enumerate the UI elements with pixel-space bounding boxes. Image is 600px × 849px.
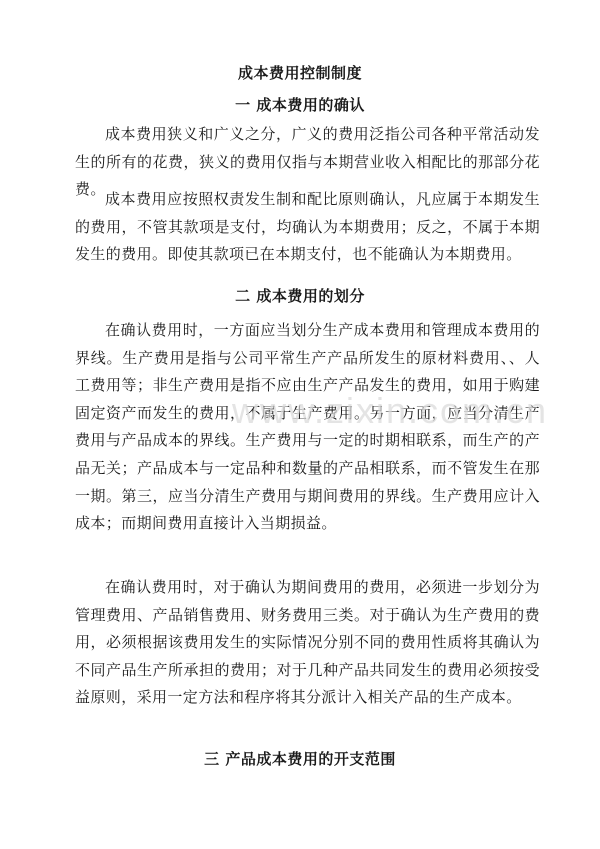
paragraph-1-2: 成本费用应按照权责发生制和配比原则确认，凡应属于本期发生的费用，不管其款项是支付… [75, 186, 540, 269]
section-heading-1: 一 成本费用的确认 [0, 94, 600, 115]
paragraph-2-2: 在确认费用时，对于确认为期间费用的费用，必须进一步划分为管理费用、产品销售费用、… [75, 574, 540, 712]
section-heading-3: 三 产品成本费用的开支范围 [0, 748, 600, 769]
document-title: 成本费用控制制度 [0, 62, 600, 83]
paragraph-2-1: 在确认费用时，一方面应当划分生产成本费用和管理成本费用的界线。生产费用是指与公司… [75, 317, 540, 538]
section-heading-2: 二 成本费用的划分 [0, 285, 600, 306]
document-page: 成本费用控制制度 一 成本费用的确认 成本费用狭义和广义之分，广义的费用泛指公司… [0, 0, 600, 849]
